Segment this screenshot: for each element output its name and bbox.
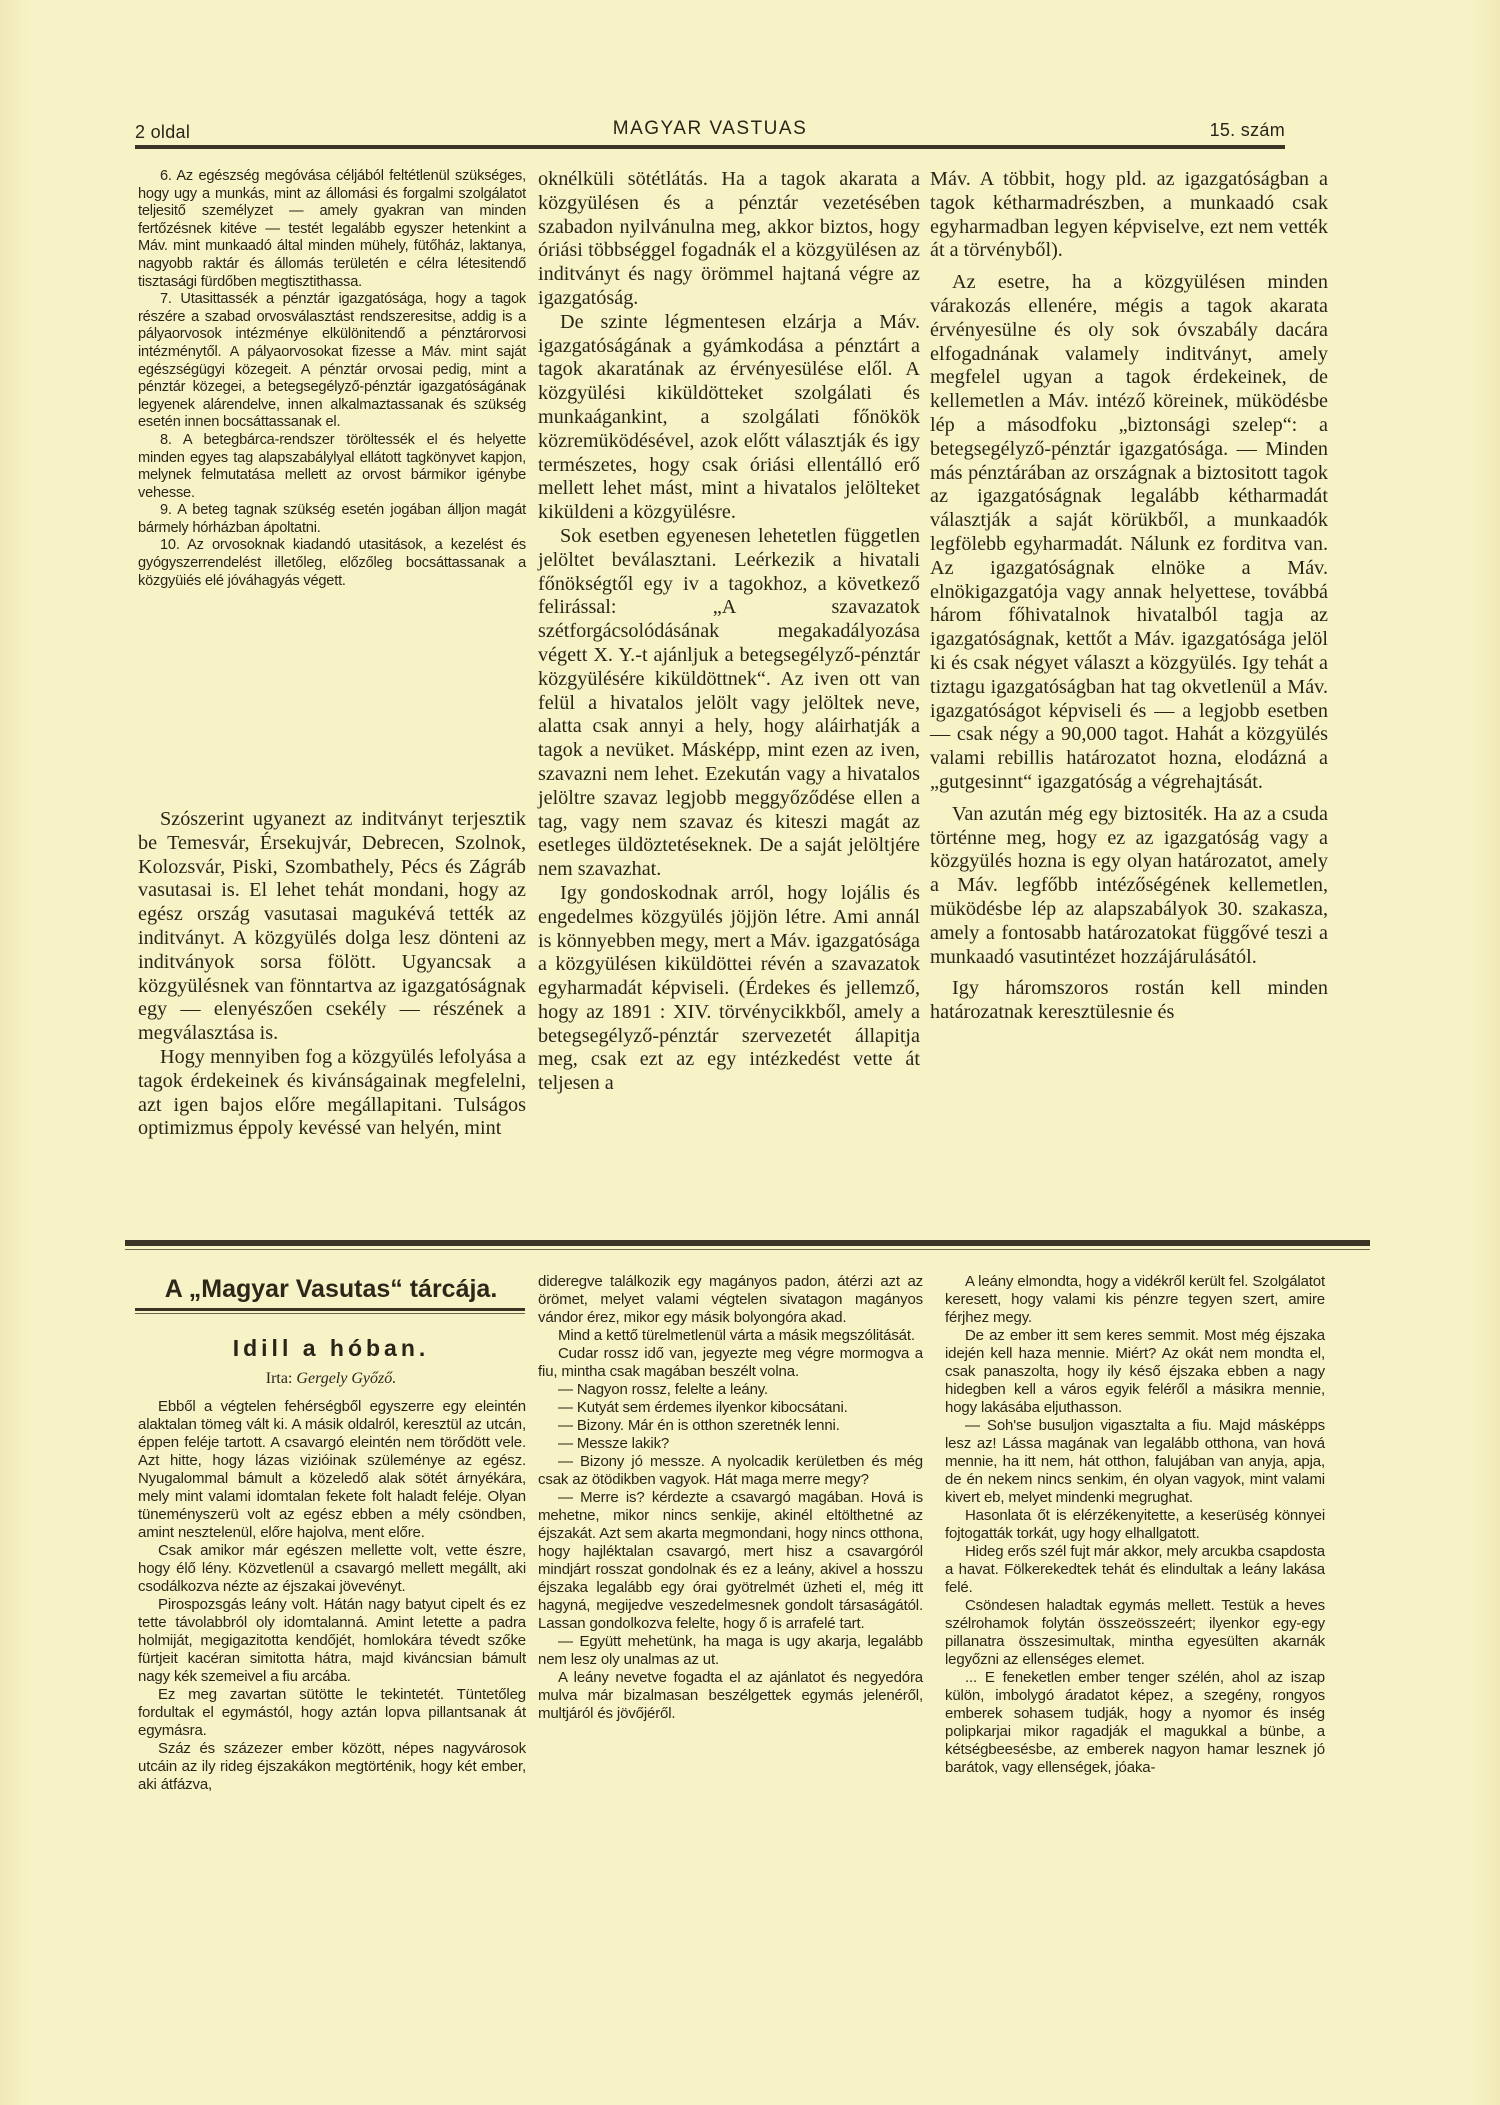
feuilleton-title-rule	[135, 1308, 525, 1311]
article-left-column-body: Szószerint ugyanezt az inditványt terjes…	[138, 808, 526, 1141]
paragraph: — Kutyát sem érdemes ilyenkor kibocsátan…	[538, 1399, 923, 1417]
paragraph: Az esetre, ha a közgyülésen minden várak…	[930, 271, 1328, 795]
story-title: Idill a hóban.	[135, 1335, 527, 1362]
section-divider-thin	[125, 1249, 1370, 1250]
section-divider	[125, 1240, 1370, 1246]
paragraph: Csöndesen haladtak egymás mellett. Testü…	[945, 1597, 1325, 1669]
paragraph: Sok esetben egyenesen lehetetlen függetl…	[538, 525, 920, 882]
paragraph: A leány elmondta, hogy a vidékről került…	[945, 1273, 1325, 1327]
paragraph: De szinte légmentesen elzárja a Máv. iga…	[538, 311, 920, 525]
point-10: 10. Az orvosoknak kiadandó utasitások, a…	[138, 537, 526, 590]
paragraph: A leány nevetve fogadta el az ajánlatot …	[538, 1669, 923, 1723]
paragraph: Csak amikor már egészen mellette volt, v…	[138, 1542, 526, 1596]
paragraph: oknélküli sötétlátás. Ha a tagok akarata…	[538, 168, 920, 311]
paragraph: Száz és százezer ember között, népes nag…	[138, 1740, 526, 1794]
feuilleton-column-3: A leány elmondta, hogy a vidékről került…	[945, 1273, 1325, 1777]
author-name: Gergely Győző.	[296, 1370, 396, 1387]
paragraph: Pirospozsgás leány volt. Hátán nagy baty…	[138, 1596, 526, 1686]
feuilleton-column-2: dideregve találkozik egy magányos padon,…	[538, 1273, 923, 1723]
feuilleton-title-rule-thin	[135, 1313, 525, 1314]
paragraph: ... E feneketlen ember tenger szélén, ah…	[945, 1669, 1325, 1777]
paragraph: Van azután még egy biztositék. Ha az a c…	[930, 803, 1328, 970]
publication-title: MAGYAR VASTUAS	[135, 118, 1285, 140]
article-right-column: Máv. A többit, hogy pld. az igazgatóságb…	[930, 168, 1328, 1025]
paragraph: Szószerint ugyanezt az inditványt terjes…	[138, 808, 526, 1046]
paragraph: Hasonlata őt is elérzékenyitette, a kese…	[945, 1507, 1325, 1543]
paragraph: Igy gondoskodnak arról, hogy lojális és …	[538, 882, 920, 1096]
paragraph: — Nagyon rossz, felelte a leány.	[538, 1381, 923, 1399]
paragraph: Igy háromszoros rostán kell minden határ…	[930, 977, 1328, 1025]
issue-number: 15. szám	[1210, 120, 1285, 141]
paragraph: — Messze lakik?	[538, 1435, 923, 1453]
point-6: 6. Az egészség megóvása céljából feltétl…	[138, 168, 526, 291]
paragraph: Hideg erős szél fujt már akkor, mely arc…	[945, 1543, 1325, 1597]
paragraph: Máv. A többit, hogy pld. az igazgatóságb…	[930, 168, 1328, 263]
paragraph: Hogy mennyiben fog a közgyülés lefolyása…	[138, 1046, 526, 1141]
paragraph: — Együtt mehetünk, ha maga is ugy akarja…	[538, 1633, 923, 1669]
feuilleton-section-title: A „Magyar Vasutas“ tárcája.	[135, 1275, 527, 1304]
point-9: 9. A beteg tagnak szükség esetén jogában…	[138, 502, 526, 537]
byline: Irta: Gergely Győző.	[135, 1370, 527, 1388]
feuilleton-column-1: Ebből a végtelen fehérségből egyszerre e…	[138, 1398, 526, 1794]
page-header: 2 oldal MAGYAR VASTUAS 15. szám	[135, 118, 1285, 142]
article-middle-column: oknélküli sötétlátás. Ha a tagok akarata…	[538, 168, 920, 1096]
paragraph: — Soh'se busuljon vigasztalta a fiu. Maj…	[945, 1417, 1325, 1507]
paragraph: — Bizony. Már én is otthon szeretnék len…	[538, 1417, 923, 1435]
paragraph: De az ember itt sem keres semmit. Most m…	[945, 1327, 1325, 1417]
point-7: 7. Utasittassék a pénztár igazgatósága, …	[138, 291, 526, 432]
point-8: 8. A betegbárca-rendszer töröltessék el …	[138, 432, 526, 502]
paragraph: Ez meg zavartan sütötte le tekintetét. T…	[138, 1686, 526, 1740]
article-left-column-points: 6. Az egészség megóvása céljából feltétl…	[138, 168, 526, 590]
paragraph: Ebből a végtelen fehérségből egyszerre e…	[138, 1398, 526, 1542]
paragraph: — Merre is? kérdezte a csavargó magában.…	[538, 1489, 923, 1633]
byline-prefix: Irta:	[266, 1370, 293, 1387]
paragraph: — Bizony jó messze. A nyolcadik kerületb…	[538, 1453, 923, 1489]
paragraph: Mind a kettő türelmetlenül várta a másik…	[538, 1327, 923, 1345]
paragraph: Cudar rossz idő van, jegyezte meg végre …	[538, 1345, 923, 1381]
paragraph: dideregve találkozik egy magányos padon,…	[538, 1273, 923, 1327]
header-rule	[135, 145, 1285, 149]
